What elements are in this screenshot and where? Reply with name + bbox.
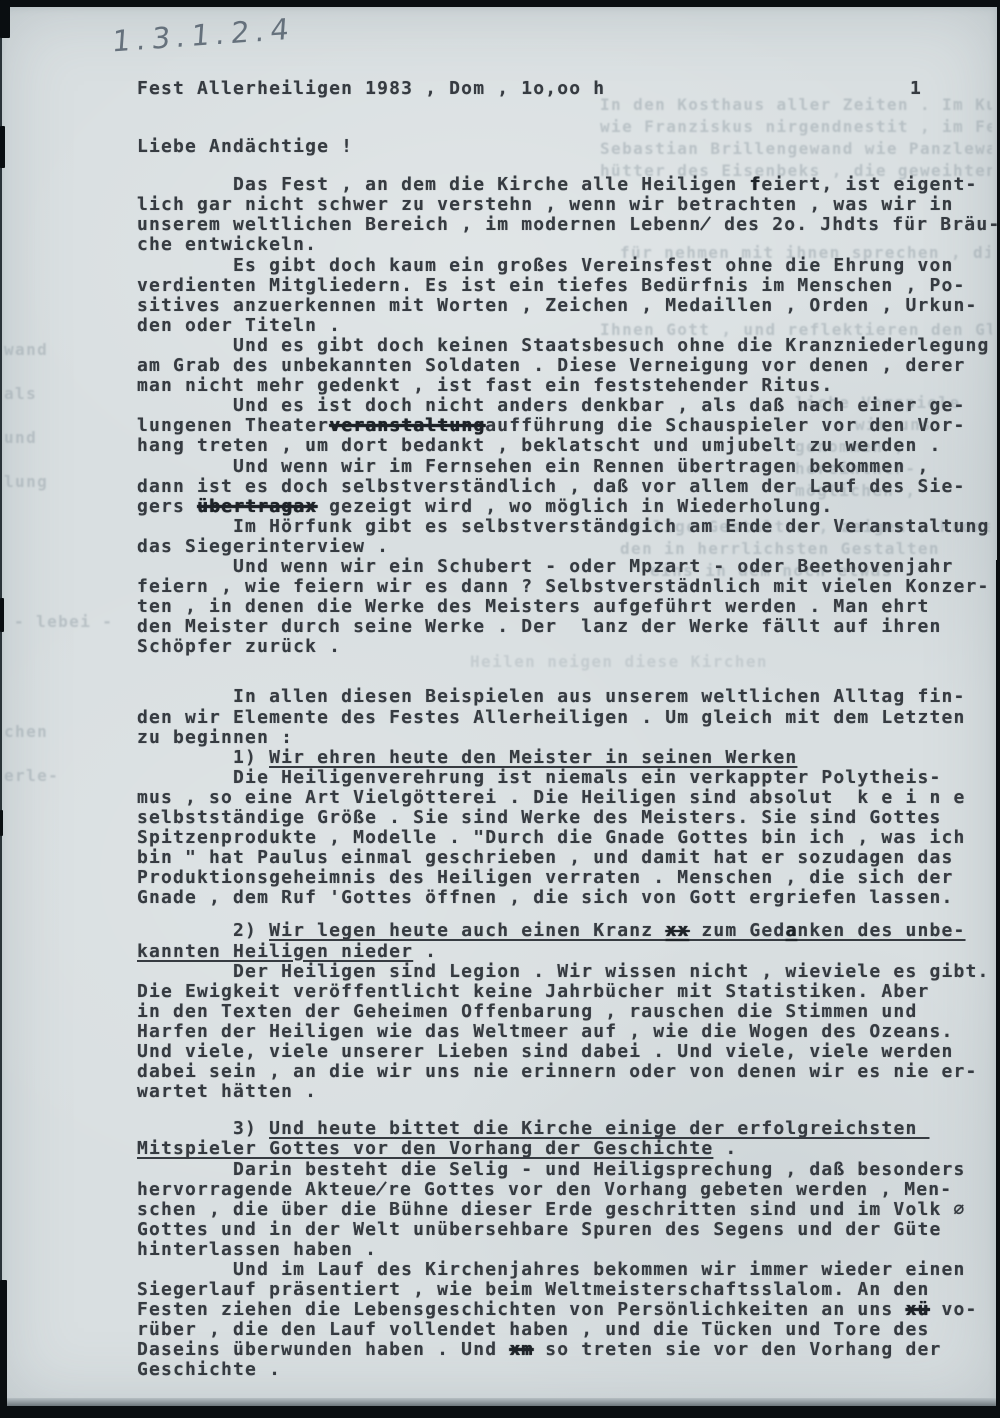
title-line: Fest Allerheiligen 1983 , Dom , 1o,oo h — [137, 79, 1000, 99]
typed-line: wartet hätten . — [137, 1082, 1000, 1102]
typed-line: Und es gibt doch keinen Staatsbesuch ohn… — [137, 336, 1000, 356]
scan-edge-mark — [0, 126, 5, 168]
typed-line: unserem weltlichen Bereich , im modernen… — [137, 215, 1000, 235]
typed-line: 1) Wir ehren heute den Meister in seinen… — [137, 748, 1000, 768]
bleed-through-line: lung — [4, 472, 92, 492]
paragraph: Und wenn wir im Fernsehen ein Rennen übe… — [137, 457, 1000, 517]
bleed-through-line: chen — [4, 722, 92, 742]
typed-line: Die Ewigkeit veröffentlicht keine Jahrbü… — [137, 982, 1000, 1002]
typed-line: in den Texten der Geheimen Offenbarung ,… — [137, 1002, 1000, 1022]
typed-line: Der Heiligen sind Legion . Wir wissen ni… — [137, 962, 1000, 982]
typed-line: den wir Elemente des Festes Allerheilige… — [137, 708, 1000, 728]
typed-line: che entwickeln. — [137, 235, 1000, 255]
typed-line: Im Hörfunk gibt es selbstverständgich am… — [137, 517, 1000, 537]
scan-edge-right — [996, 560, 1000, 1418]
typed-line: selbstständige Größe . Sie sind Werke de… — [137, 808, 1000, 828]
paragraph: Darin besteht die Selig - und Heiligspre… — [137, 1160, 1000, 1260]
typed-line: 2) Wir legen heute auch einen Kranz xx z… — [137, 921, 1000, 941]
scan-edge-left — [0, 7, 2, 1406]
paragraph: Der Heiligen sind Legion . Wir wissen ni… — [137, 962, 1000, 1103]
typed-line: verdienten Mitgliedern. Es ist ein tiefe… — [137, 276, 1000, 296]
typed-line: Und es ist doch nicht anders denkbar , a… — [137, 396, 1000, 416]
bleed-through-line: wand — [4, 340, 92, 360]
typed-line: bin " hat Paulus einmal geschrieben , un… — [137, 848, 1000, 868]
paragraph: Und im Lauf des Kirchenjahres bekommen w… — [137, 1260, 1000, 1381]
typed-line: sitives anzuerkennen mit Worten , Zeiche… — [137, 296, 1000, 316]
typed-line: Daseins überwunden haben . Und xm so tre… — [137, 1340, 1000, 1360]
typed-line: rüber , die den Lauf vollendet haben , u… — [137, 1320, 1000, 1340]
typed-line: ten , in denen die Werke des Meisters au… — [137, 597, 1000, 617]
typed-line: gers übertragax gezeigt wird , wo möglic… — [137, 497, 1000, 517]
typed-line: Produktionsgeheimnis des Heiligen verrat… — [137, 868, 1000, 888]
bleed-through-line: - lebei - — [14, 612, 114, 632]
typed-line: Siegerlauf präsentiert , wie beim Weltme… — [137, 1280, 1000, 1300]
bleed-through-line: und — [4, 428, 92, 448]
typed-line: kannten Heiligen nieder . — [137, 942, 1000, 962]
page-number: 1 — [910, 79, 921, 99]
typed-line: dann ist es doch selbstverständlich , da… — [137, 477, 1000, 497]
scan-edge-mark — [0, 598, 4, 632]
salutation: Liebe Andächtige ! — [137, 137, 1000, 157]
typed-line: Und wenn wir im Fernsehen ein Rennen übe… — [137, 457, 1000, 477]
typed-line: Geschichte . — [137, 1360, 1000, 1380]
typed-line: Fest Allerheiligen 1983 , Dom , 1o,oo h — [137, 79, 1000, 99]
paragraph: Und wenn wir ein Schubert - oder Mpzart … — [137, 557, 1000, 657]
typed-line: Mitspieler Gottes vor den Vorhang der Ge… — [137, 1139, 1000, 1159]
typed-line: zu beginnen : — [137, 728, 1000, 748]
section-heading: 1) Wir ehren heute den Meister in seinen… — [137, 748, 1000, 768]
typed-line: den Meister durch seine Werke . Der lanz… — [137, 617, 1000, 637]
scan-edge-mark — [0, 810, 3, 836]
paragraph: Im Hörfunk gibt es selbstverständgich am… — [137, 517, 1000, 557]
typed-line: Und wenn wir ein Schubert - oder Mpzart … — [137, 557, 1000, 577]
typed-line: Gnade , dem Ruf 'Gottes öffnen , die sic… — [137, 888, 1000, 908]
typed-line: Spitzenprodukte , Modelle . "Durch die G… — [137, 828, 1000, 848]
typed-line: hang treten , um dort bedankt , beklatsc… — [137, 436, 1000, 456]
section-heading: 3) Und heute bittet die Kirche einige de… — [137, 1119, 1000, 1159]
typed-line: feiern , wie feiern wir es dann ? Selbst… — [137, 577, 1000, 597]
typed-line: Und im Lauf des Kirchenjahres bekommen w… — [137, 1260, 1000, 1280]
section-heading: 2) Wir legen heute auch einen Kranz xx z… — [137, 921, 1000, 961]
typed-line: Festen ziehen die Lebensgeschichten von … — [137, 1300, 1000, 1320]
typed-line: Und viele, viele unserer Lieben sind dab… — [137, 1042, 1000, 1062]
scan-edge-mark — [0, 0, 10, 38]
typed-line: das Siegerinterview . — [137, 537, 1000, 557]
paper-bottom-edge-shadow — [0, 1398, 1000, 1406]
typed-line: Darin besteht die Selig - und Heiligspre… — [137, 1160, 1000, 1180]
paragraph: Es gibt doch kaum ein großes Vereinsfest… — [137, 256, 1000, 336]
typed-line: 3) Und heute bittet die Kirche einige de… — [137, 1119, 1000, 1139]
typed-line: In allen diesen Beispielen aus unserem w… — [137, 687, 1000, 707]
paragraph: Und es gibt doch keinen Staatsbesuch ohn… — [137, 336, 1000, 396]
scan-edge-top — [0, 0, 1000, 7]
paragraph: Die Heiligenverehrung ist niemals ein ve… — [137, 768, 1000, 909]
paragraph: Und es ist doch nicht anders denkbar , a… — [137, 396, 1000, 456]
typed-line: den oder Titeln . — [137, 316, 1000, 336]
paragraph: In allen diesen Beispielen aus unserem w… — [137, 687, 1000, 747]
typed-line: Es gibt doch kaum ein großes Vereinsfest… — [137, 256, 1000, 276]
typed-line: schen , die über die Bühne dieser Erde g… — [137, 1200, 1000, 1220]
typed-line: mus , so eine Art Vielgötterei . Die Hei… — [137, 788, 1000, 808]
scan-edge-bottom — [0, 1406, 1000, 1418]
typed-line: Harfen der Heiligen wie das Weltmeer auf… — [137, 1022, 1000, 1042]
typed-line: lungenen Theaterveranstaltungaufführung … — [137, 416, 1000, 436]
typed-line: am Grab des unbekannten Soldaten . Diese… — [137, 356, 1000, 376]
typed-line: lich gar nicht schwer zu verstehn , wenn… — [137, 195, 1000, 215]
document-body: Fest Allerheiligen 1983 , Dom , 1o,oo hL… — [137, 79, 1000, 1381]
scan-edge-mark — [0, 1280, 7, 1418]
typed-line: man nicht mehr gedenkt , ist fast ein fe… — [137, 376, 1000, 396]
typed-line: Gottes und in der Welt unübersehbare Spu… — [137, 1220, 1000, 1240]
typed-line: hervorragende Akteue̸re Gottes vor den V… — [137, 1180, 1000, 1200]
typed-line: dabei sein , an die wir uns nie erinnern… — [137, 1062, 1000, 1082]
typed-line: Die Heiligenverehrung ist niemals ein ve… — [137, 768, 1000, 788]
paragraph: Das Fest , an dem die Kirche alle Heilig… — [137, 175, 1000, 255]
typed-line: hinterlassen haben . — [137, 1240, 1000, 1260]
bleed-through-line: als — [4, 384, 92, 404]
typed-line: Liebe Andächtige ! — [137, 137, 1000, 157]
typed-line: Das Fest , an dem die Kirche alle Heilig… — [137, 175, 1000, 195]
typed-line: Schöpfer zurück . — [137, 637, 1000, 657]
bleed-through-line: erle- — [4, 766, 92, 786]
